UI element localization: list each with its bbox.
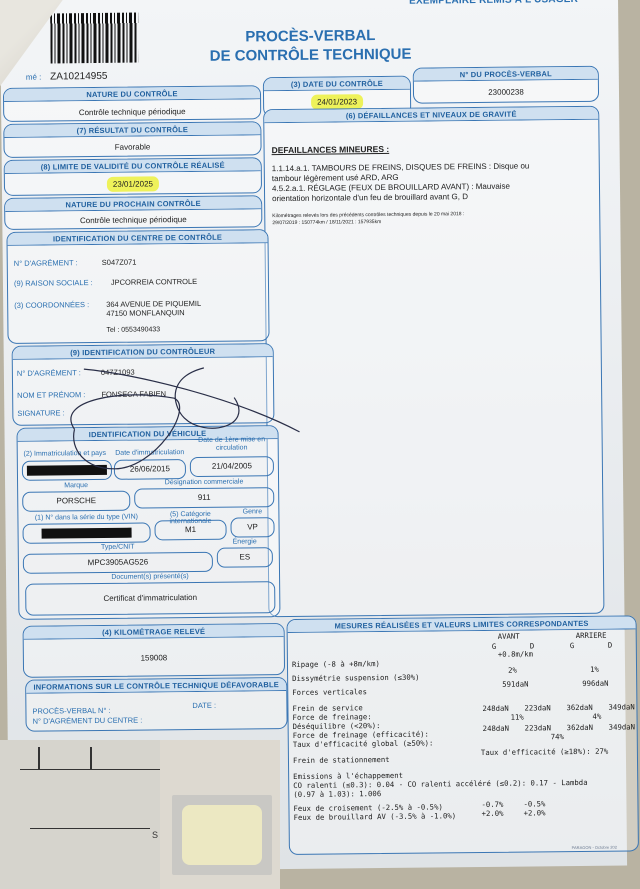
numero-pv-header: N° DU PROCÈS-VERBAL [414,67,598,82]
desequilibre-arriere: 4% [592,712,601,721]
dissym-label: Dissymétrie suspension (≤30%) [292,673,419,683]
barcode [50,13,139,64]
marque-field: PORSCHE [22,491,130,512]
force-freinage-ard: 349daN [608,702,634,711]
defavorable-agrement-row: N° D'AGRÉMENT DU CENTRE : [33,716,143,726]
kilometrage-box: (4) KILOMÉTRAGE RELEVÉ 159008 [23,623,286,678]
controleur-nom-row: NOM ET PRÉNOM : FONSECA FABIEN [17,389,166,400]
immat-field [22,460,112,481]
printer-mark: PARAGON - Octobre 202 [572,845,617,850]
desequilibre-avant: 11% [510,713,523,722]
centre-address-1: 364 AVENUE DE PIQUEMIL [106,299,201,309]
controleur-signature-label: SIGNATURE : [17,408,64,417]
defavorable-header: INFORMATIONS SUR LE CONTRÔLE TECHNIQUE D… [26,678,286,694]
form-divider [38,747,40,769]
vehicule-box: IDENTIFICATION DU VÉHICULE (2) Immatricu… [16,425,280,620]
ripage-value: +0.8m/km [498,649,533,658]
col-arriere: ARRIERE [576,631,607,640]
numero-pv-value: 23000238 [414,87,598,98]
date-immat-field: 26/06/2015 [114,459,186,480]
nature-controle-box: NATURE DU CONTRÔLE Contrôle technique pé… [3,85,261,122]
energie-field: ES [217,547,273,568]
brouillard-d: +2.0% [523,808,545,817]
force-freinage-avg: 248daN [482,704,508,713]
force-freinage-arg: 362daN [566,703,592,712]
serial-number: mé : ZA10214955 [26,71,108,83]
force-eff-avg: 248daN [483,724,509,733]
dissym-arriere: 1% [590,665,599,674]
document-title: PROCÈS-VERBAL DE CONTRÔLE TECHNIQUE [200,26,420,66]
serial-value: ZA10214955 [50,71,107,83]
centre-coord-label: (3) COORDONNÉES : [14,300,89,310]
serial-label: mé : [26,73,42,82]
type-field: MPC3905AG526 [23,552,213,574]
vin-label: (1) N° dans la série du type (VIN) [22,513,150,521]
defect-line: orientation horizontale d'un feu de brou… [272,191,592,204]
taux-global-label: Taux d'efficacité global (≥50%): [293,739,434,749]
arriere-d: D [608,641,613,650]
underlying-line [30,828,150,829]
nature-controle-value: Contrôle technique périodique [4,106,260,118]
underlying-form-lines [20,740,170,770]
controleur-agrement-label: N° D'AGRÉMENT : [17,368,81,378]
forces-avant: 591daN [502,680,528,689]
validite-header: (8) LIMITE DE VALIDITÉ DU CONTRÔLE RÉALI… [5,158,261,174]
force-eff-avd: 223daN [525,723,551,732]
centre-agrement-value: S047Z071 [102,258,137,267]
sticker [182,805,262,865]
docs-label: Document(s) présenté(s) [23,572,277,582]
force-eff-ard: 349daN [609,722,635,731]
kilometrage-header: (4) KILOMÉTRAGE RELEVÉ [24,624,284,640]
resultat-box: (7) RÉSULTAT DU CONTRÔLE Favorable [3,121,261,158]
controleur-box: (9) IDENTIFICATION DU CONTRÔLEUR N° D'AG… [12,343,275,426]
redacted-vin [42,528,132,539]
defavorable-date-label: DATE : [192,701,216,710]
validite-wrap: 23/01/2025 [5,178,261,190]
centre-box: IDENTIFICATION DU CENTRE DE CONTRÔLE N° … [6,229,269,344]
validite-box: (8) LIMITE DE VALIDITÉ DU CONTRÔLE RÉALI… [4,157,262,196]
date-circ-label: Date de 1ère mise en circulation [190,436,274,453]
immat-label: (2) Immatriculation et pays [20,450,110,458]
title-line-2: DE CONTRÔLE TECHNIQUE [201,45,421,66]
centre-header: IDENTIFICATION DU CENTRE DE CONTRÔLE [7,230,267,246]
defavorable-agrement-label: N° D'AGRÉMENT DU CENTRE : [33,716,143,726]
centre-agrement-label: N° D'AGRÉMENT : [14,258,78,268]
genre-label: Genre [230,508,274,515]
defavorable-box: INFORMATIONS SUR LE CONTRÔLE TECHNIQUE D… [25,677,288,732]
form-divider [90,747,92,769]
brouillard-g: +2.0% [481,809,503,818]
forces-arriere: 996daN [582,679,608,688]
stationnement-value: Taux d'efficacité (≥18%): 27% [481,747,608,757]
type-label: Type/CNIT [23,543,213,552]
controleur-signature-row: SIGNATURE : [17,408,64,417]
redacted-plate [27,465,107,476]
date-circ-field: 21/04/2005 [190,456,274,477]
stationnement-label: Frein de stationnement [293,755,390,765]
designation-label: Désignation commerciale [134,478,274,486]
croisement-g: -0.7% [481,800,503,809]
validite-value: 23/01/2025 [107,176,159,192]
ripage-label: Ripage (-8 à +8m/km) [292,659,380,669]
defaillances-content: DEFAILLANCES MINEURES : 1.1.14.a.1. TAMB… [272,142,593,227]
genre-field: VP [230,517,274,537]
resultat-header: (7) RÉSULTAT DU CONTRÔLE [4,122,260,138]
controleur-nom-label: NOM ET PRÉNOM : [17,390,85,400]
resultat-value: Favorable [5,141,261,153]
marque-label: Marque [22,482,130,490]
emissions-line-2: (0.97 à 1.03): 1.006 [293,789,381,799]
prochain-value: Contrôle technique périodique [5,214,261,226]
defavorable-pv-label: PROCÈS-VERBAL N° : [32,706,110,716]
centre-tel: Tel : 0553490433 [106,325,201,335]
mesures-box: MESURES RÉALISÉES ET VALEURS LIMITES COR… [286,615,638,855]
dissym-avant: 2% [508,666,517,675]
prochain-header: NATURE DU PROCHAIN CONTRÔLE [5,196,261,212]
arriere-g: G [570,641,575,650]
copy-label: EXEMPLAIRE REMIS À L'USAGER [409,0,578,7]
forces-label: Forces verticales [292,687,367,697]
date-immat-label: Date d'immatriculation [114,449,186,457]
underlying-letter: S [152,830,158,840]
emissions-line-1: CO ralenti (≤0.3): 0.04 - CO ralenti acc… [293,778,587,790]
col-avant: AVANT [498,632,520,641]
centre-raison-row: (9) RAISON SOCIALE : JPCORREIA CONTROLE [14,277,197,288]
centre-raison-label: (9) RAISON SOCIALE : [14,278,93,288]
vin-field [22,522,150,543]
date-controle-wrap: 24/01/2023 [264,97,410,108]
defaillances-header: (6) DÉFAILLANCES ET NIVEAUX DE GRAVITÉ [264,107,598,123]
croisement-d: -0.5% [523,799,545,808]
force-freinage-avd: 223daN [524,703,550,712]
centre-raison-value: JPCORREIA CONTROLE [111,277,197,287]
defaillances-title: DEFAILLANCES MINEURES : [272,142,592,155]
brouillard-label: Feux de brouillard AV (-3.5% à -1.0%) [294,811,457,822]
defavorable-date-row: DATE : [192,701,216,710]
title-line-1: PROCÈS-VERBAL [200,26,420,47]
categorie-field: M1 [154,520,226,541]
date-controle-header: (3) DATE DU CONTRÔLE [264,77,410,92]
avant-g: G [492,642,497,651]
controleur-header: (9) IDENTIFICATION DU CONTRÔLEUR [13,344,273,360]
centre-address: 364 AVENUE DE PIQUEMIL 47150 MONFLANQUIN… [106,299,201,335]
numero-pv-box: N° DU PROCÈS-VERBAL 23000238 [413,66,599,104]
energie-label: Énergie [217,538,273,546]
taux-global-value: 74% [551,732,564,741]
controleur-nom-value: FONSECA FABIEN [101,389,166,399]
nature-controle-header: NATURE DU CONTRÔLE [4,86,260,102]
controleur-agrement-row: N° D'AGRÉMENT : 047Z1093 [17,368,135,378]
designation-field: 911 [134,487,274,508]
controleur-agrement-value: 047Z1093 [101,368,135,377]
kilometrage-value: 159008 [24,652,284,664]
docs-field: Certificat d'immatriculation [25,581,275,616]
centre-coord-row: (3) COORDONNÉES : [14,300,89,310]
force-eff-arg: 362daN [567,723,593,732]
prochain-box: NATURE DU PROCHAIN CONTRÔLE Contrôle tec… [4,195,262,230]
centre-agrement-row: N° D'AGRÉMENT : S047Z071 [14,258,137,268]
centre-address-2: 47150 MONFLANQUIN [106,308,201,318]
defavorable-pv-row: PROCÈS-VERBAL N° : [32,706,110,716]
